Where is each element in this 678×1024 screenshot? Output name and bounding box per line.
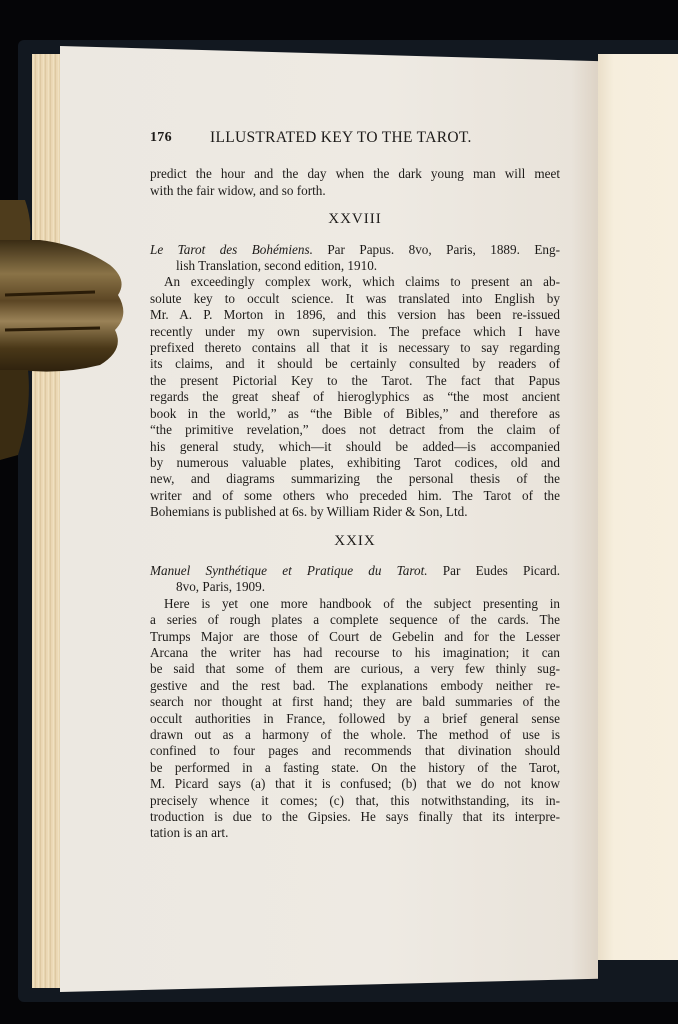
citation-line: Manuel Synthétique et Pratique du Tarot.… xyxy=(150,563,560,579)
text-line: troduction is due to the Gipsies. He say… xyxy=(150,809,560,825)
citation-line: Le Tarot des Bohémiens. Par Papus. 8vo, … xyxy=(150,242,560,258)
text-line: search nor thought at first hand; they a… xyxy=(150,694,560,710)
text-line: the present Pictorial Key to the Tarot. … xyxy=(150,373,560,389)
text-line: new, and diagrams summarizing the person… xyxy=(150,471,560,487)
text-line: by numerous valuable plates, exhibiting … xyxy=(150,455,560,471)
citation-line: lish Translation, second edition, 1910. xyxy=(150,258,560,274)
book-title: Le Tarot des Bohémiens. xyxy=(150,242,313,257)
page-edges xyxy=(32,54,62,988)
page-text: 176 ILLUSTRATED KEY TO THE TAROT. predic… xyxy=(150,130,560,842)
text-line: Here is yet one more handbook of the sub… xyxy=(150,596,560,612)
section-numeral: XXIX xyxy=(150,533,560,549)
text-line: be said that some of them are curious, a… xyxy=(150,661,560,677)
text-line: his general study, which—it should be ad… xyxy=(150,439,560,455)
text-line: confined to four pages and recommends th… xyxy=(150,743,560,759)
facing-page xyxy=(598,54,678,960)
text-line: Bohemians is published at 6s. by William… xyxy=(150,504,560,520)
text-line: Mr. A. P. Morton in 1896, and this versi… xyxy=(150,307,560,323)
text-line: writer and of some others who preceded h… xyxy=(150,488,560,504)
citation-details: Par Eudes Picard. xyxy=(428,563,560,578)
text-line: its claims, and it should be certainly c… xyxy=(150,356,560,372)
text-line: book in the world,” as “the Bible of Bib… xyxy=(150,406,560,422)
running-head-title: ILLUSTRATED KEY TO THE TAROT. xyxy=(210,130,472,146)
text-line: recently under my own supervision. The p… xyxy=(150,324,560,340)
running-header: 176 ILLUSTRATED KEY TO THE TAROT. xyxy=(150,130,560,146)
text-line: “the primitive revelation,” does not det… xyxy=(150,422,560,438)
text-line: Arcana the writer has had recourse to hi… xyxy=(150,645,560,661)
text-line: regards the great sheaf of hieroglyphics… xyxy=(150,389,560,405)
book-title: Manuel Synthétique et Pratique du Tarot. xyxy=(150,563,428,578)
text-line: with the fair widow, and so forth. xyxy=(150,183,560,199)
citation-details: Par Papus. 8vo, Paris, 1889. Eng- xyxy=(313,242,560,257)
text-line: An exceedingly complex work, which claim… xyxy=(150,274,560,290)
text-line: Trumps Major are those of Court de Gebel… xyxy=(150,629,560,645)
section-numeral: XXVIII xyxy=(150,211,560,227)
text-line: occult authorities in France, followed b… xyxy=(150,711,560,727)
brass-page-clip xyxy=(0,200,130,460)
text-line: gestive and the rest bad. The explanatio… xyxy=(150,678,560,694)
text-line: tation is an art. xyxy=(150,825,560,841)
page-number: 176 xyxy=(150,130,210,146)
text-line: solute key to occult science. It was tra… xyxy=(150,291,560,307)
text-line: M. Picard says (a) that it is confused; … xyxy=(150,776,560,792)
text-line: a series of rough plates a complete sequ… xyxy=(150,612,560,628)
text-line: precisely whence it comes; (c) that, thi… xyxy=(150,793,560,809)
text-line: be performed in a fasting state. On the … xyxy=(150,760,560,776)
citation-line: 8vo, Paris, 1909. xyxy=(150,579,560,595)
text-line: drawn out as a harmony of the whole. The… xyxy=(150,727,560,743)
text-line: prefixed thereto contains all that it is… xyxy=(150,340,560,356)
text-line: predict the hour and the day when the da… xyxy=(150,166,560,182)
